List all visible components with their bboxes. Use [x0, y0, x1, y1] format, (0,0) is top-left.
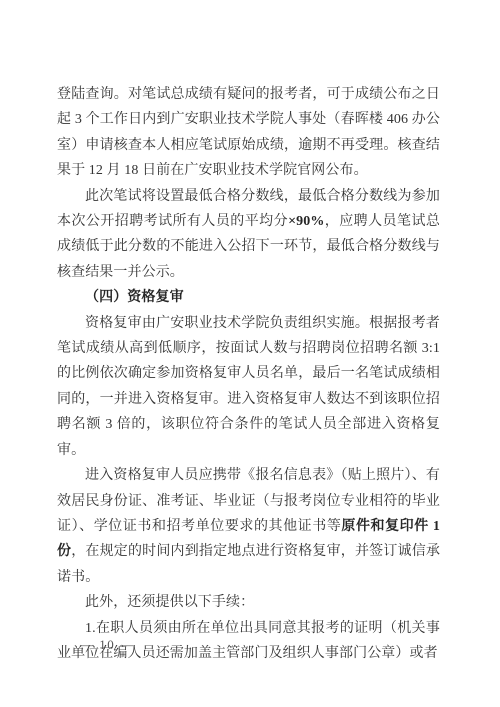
para-required-documents: 进入资格复审人员应携带《报名信息表》（贴上照片）、有效居民身份证、准考证、毕业证…	[57, 463, 440, 590]
bold-text-segment: ×90%	[288, 214, 324, 229]
text-segment: ，在规定的时间内到指定地点进行资格复审，并签订诚信承诺书。	[57, 544, 440, 584]
document-body: 登陆查询。对笔试总成绩有疑问的报考者，可于成绩公布之日起 3 个工作日内到广安职…	[57, 82, 440, 666]
para-additional-procedures: 此外，还须提供以下手续：	[57, 590, 440, 615]
text-segment: 资格复审由广安职业技术学院负责组织实施。根据报考者笔试成绩从高到低顺序，按面试人…	[57, 316, 440, 458]
text-segment: 此外，还须提供以下手续：	[85, 595, 254, 610]
heading-qualification-review: （四）资格复审	[57, 285, 440, 310]
para-review-organization: 资格复审由广安职业技术学院负责组织实施。根据报考者笔试成绩从高到低顺序，按面试人…	[57, 311, 440, 463]
para-score-inquiry: 登陆查询。对笔试总成绩有疑问的报考者，可于成绩公布之日起 3 个工作日内到广安职…	[57, 82, 440, 184]
para-minimum-passing-score: 此次笔试将设置最低合格分数线，最低合格分数线为参加本次公开招聘考试所有人员的平均…	[57, 184, 440, 286]
document-page: 登陆查询。对笔试总成绩有疑问的报考者，可于成绩公布之日起 3 个工作日内到广安职…	[0, 0, 500, 707]
bold-text-segment: （四）资格复审	[85, 290, 184, 305]
text-segment: 登陆查询。对笔试总成绩有疑问的报考者，可于成绩公布之日起 3 个工作日内到广安职…	[57, 87, 440, 178]
page-number: — 10 —	[80, 637, 135, 653]
